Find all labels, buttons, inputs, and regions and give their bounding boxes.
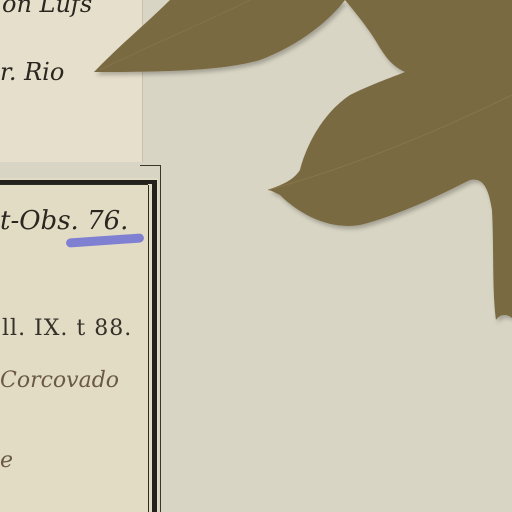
pressed-leaf <box>0 0 512 512</box>
